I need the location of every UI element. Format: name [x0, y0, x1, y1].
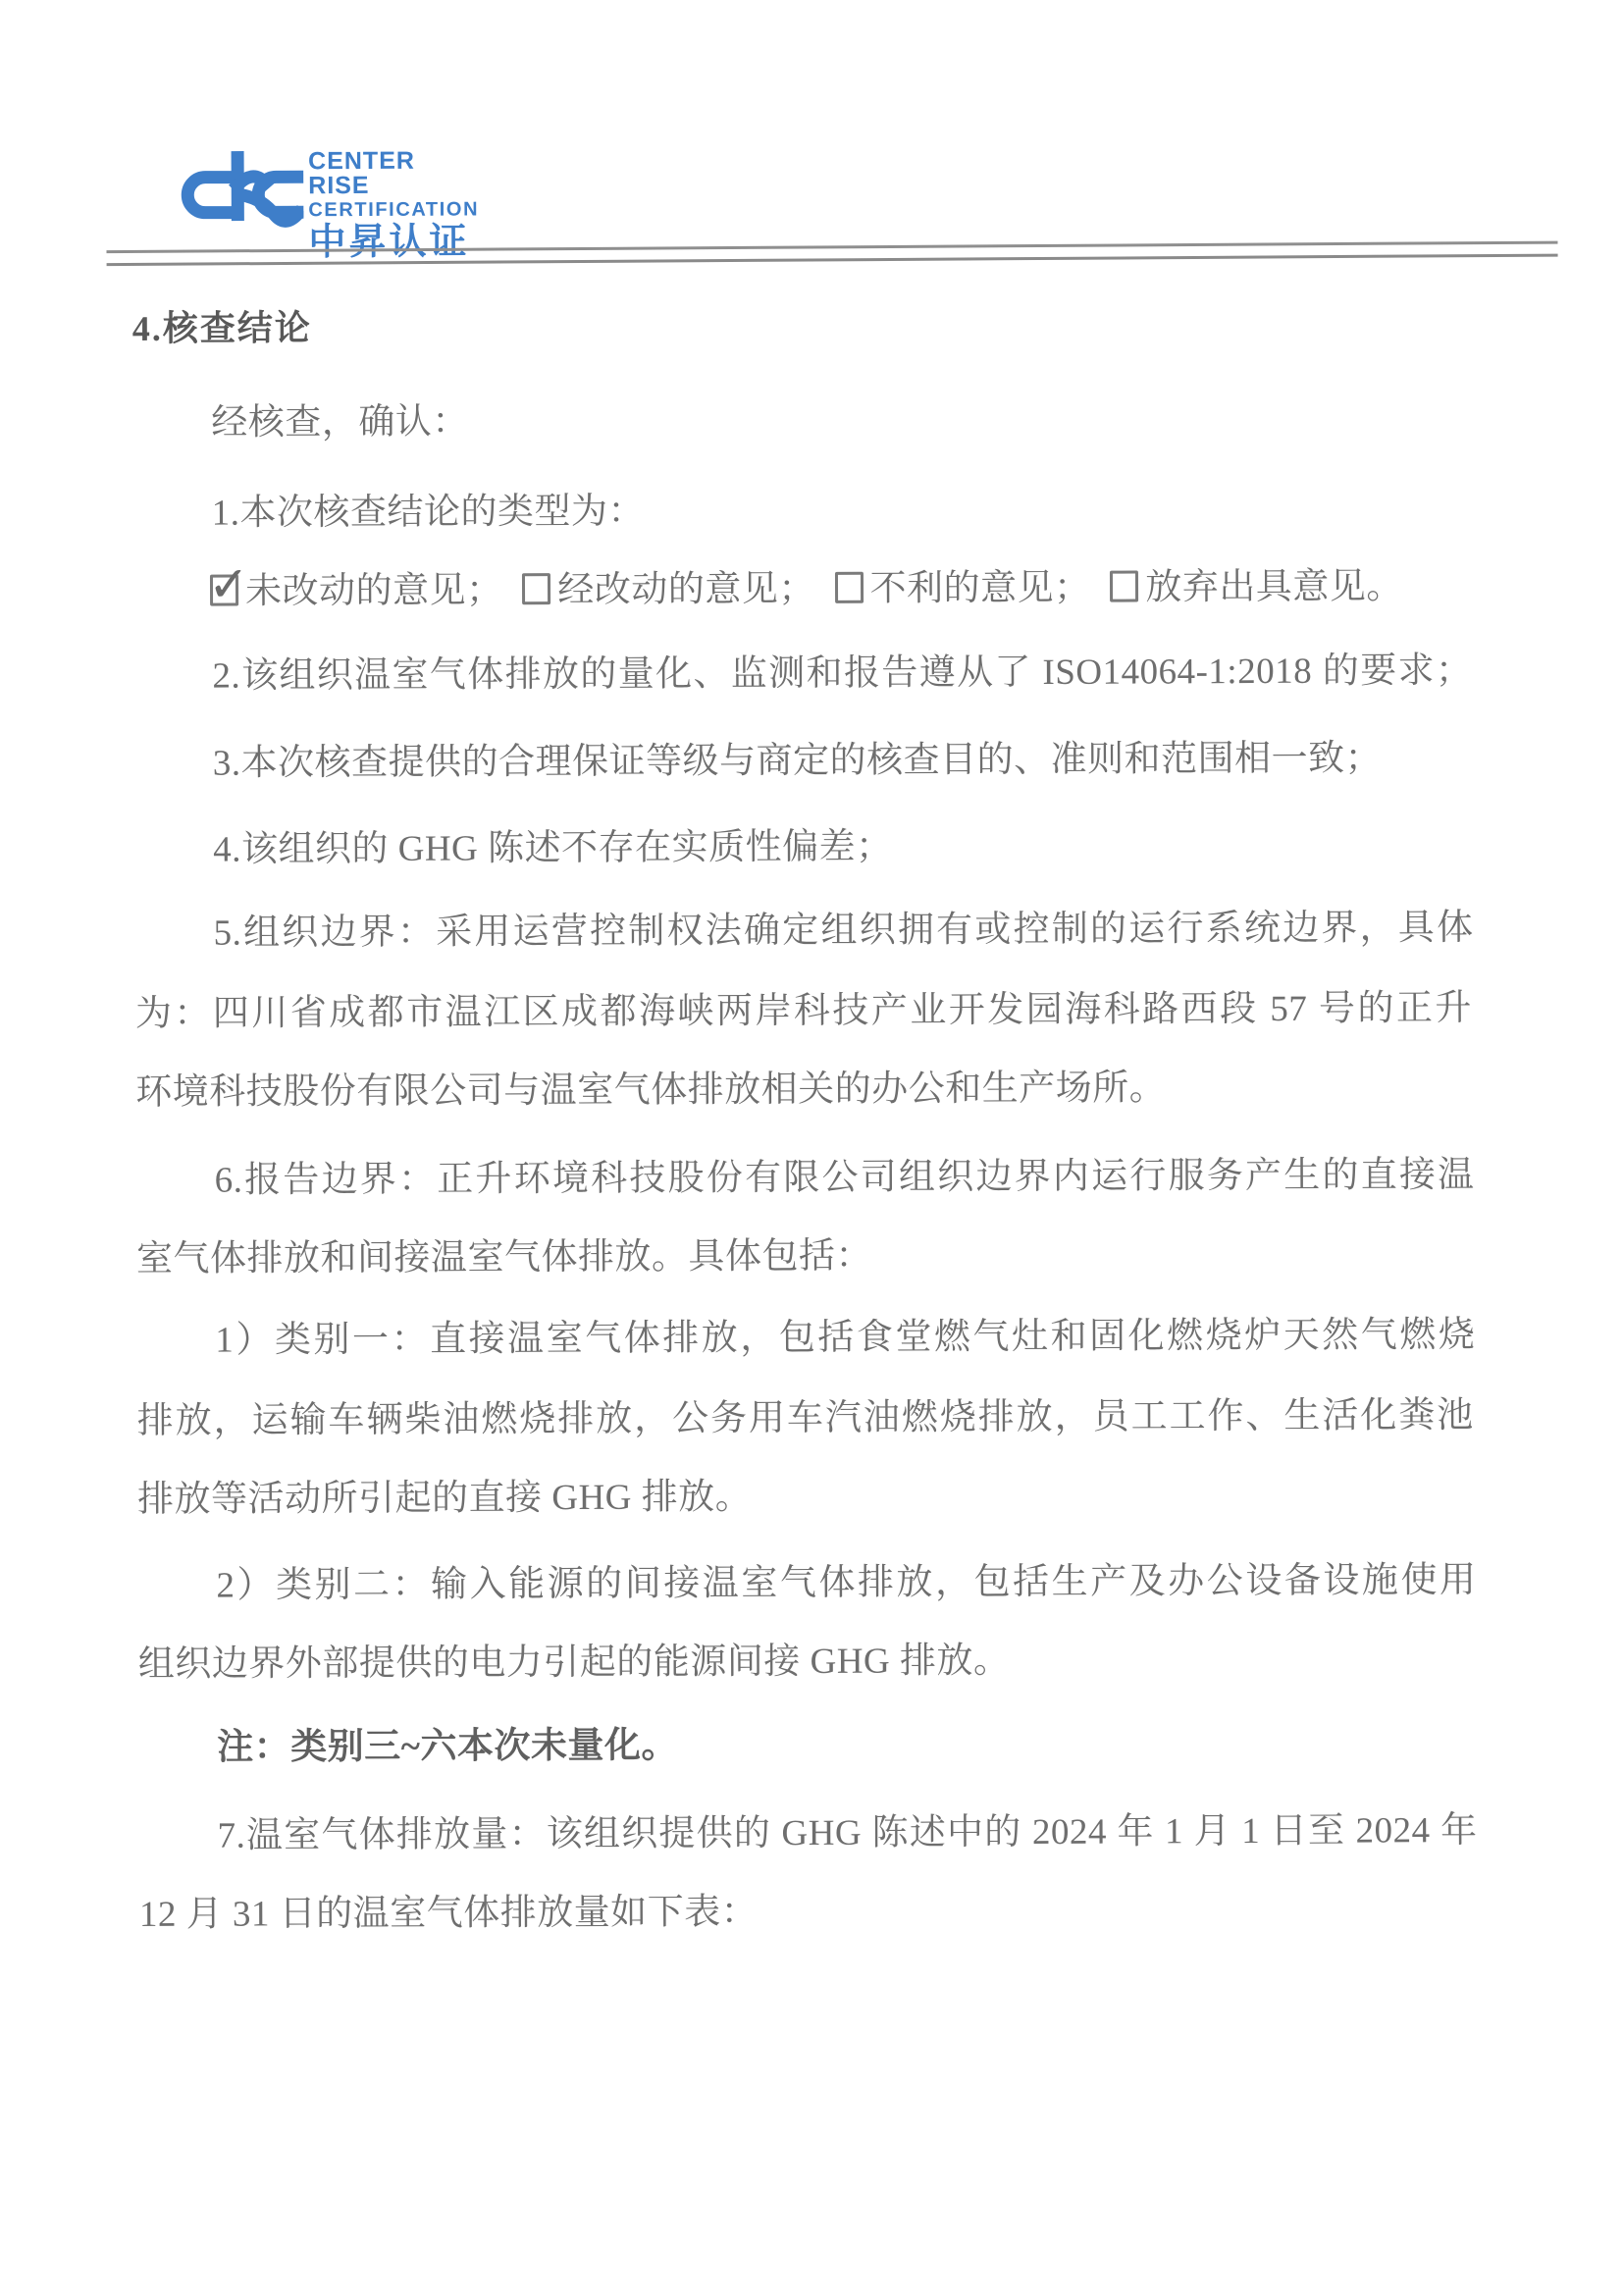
doc-line-item5: 5.组织边界：采用运营控制权法确定组织拥有或控制的运行系统边界，具体: [213, 905, 1473, 958]
doc-line-item7: 7.温室气体排放量：该组织提供的 GHG 陈述中的 2024 年 1 月 1 日…: [217, 1807, 1477, 1860]
doc-line-item5-cont2: 环境科技股份有限公司与温室气体排放相关的办公和生产场所。: [135, 1065, 1166, 1117]
doc-line-cat1-cont2: 排放等活动所引起的直接 GHG 排放。: [137, 1474, 752, 1524]
doc-line-item1: 1.本次核查结论的类型为：: [212, 489, 645, 538]
conclusion-option-3: 不利的意见；: [834, 568, 1090, 609]
conclusion-option-2: 经改动的意见；: [522, 569, 815, 610]
doc-line-item7-cont1: 12 月 31 日的温室气体排放量如下表：: [139, 1889, 758, 1939]
crc-monogram-icon: [176, 149, 303, 240]
doc-line-cat1: 1）类别一：直接温室气体排放，包括食堂燃气灶和固化燃烧炉天然气燃烧: [215, 1312, 1475, 1365]
company-logo: CENTER RISE CERTIFICATION 中昇认证: [176, 145, 470, 244]
section-heading: 4.核查结论: [132, 304, 312, 352]
doc-line-item3: 3.本次核查提供的合理保证等级与商定的核查目的、准则和范围相一致；: [213, 735, 1382, 787]
doc-line-item4: 4.该组织的 GHG 陈述不存在实质性偏差；: [213, 824, 893, 874]
doc-line-item6-cont1: 室气体排放和间接温室气体排放。具体包括：: [136, 1233, 872, 1283]
conclusion-option-label: 经改动的意见；: [557, 569, 815, 610]
checkbox-icon: [1110, 571, 1138, 602]
conclusion-option-1: 未改动的意见；: [210, 570, 503, 611]
conclusion-option-label: 未改动的意见；: [245, 570, 503, 611]
checkbox-icon: [210, 575, 238, 606]
checkbox-icon: [834, 572, 863, 603]
doc-line-cat1-cont1: 排放，运输车辆柴油燃烧排放，公务用车汽油燃烧排放，员工工作、生活化粪池: [137, 1392, 1474, 1445]
conclusion-option-label: 放弃出具意见。: [1145, 566, 1403, 607]
logo-text-en2: CERTIFICATION: [308, 199, 479, 220]
doc-line-intro: 经核查，确认：: [211, 399, 469, 447]
doc-line-item6: 6.报告边界：正升环境科技股份有限公司组织边界内运行服务产生的直接温: [215, 1152, 1475, 1205]
doc-line-cat2: 2）类别二：输入能源的间接温室气体排放，包括生产及办公设备设施使用: [216, 1557, 1476, 1610]
logo-text: CENTER RISE CERTIFICATION 中昇认证: [308, 148, 479, 261]
conclusion-option-label: 不利的意见；: [869, 568, 1090, 609]
conclusion-options-line: 未改动的意见； 经改动的意见； 不利的意见； 放弃出具意见。: [210, 563, 1413, 615]
doc-line-item5-cont1: 为：四川省成都市温江区成都海峡两岸科技产业开发园海科路西段 57 号的正升: [135, 985, 1472, 1038]
logo-text-en1: CENTER RISE: [308, 148, 479, 198]
doc-line-item2: 2.该组织温室气体排放的量化、监测和报告遵从了 ISO14064-1:2018 …: [212, 648, 1472, 701]
scanned-document-page: CENTER RISE CERTIFICATION 中昇认证 4.核查结论 经核…: [0, 0, 1623, 2296]
doc-line-cat2-cont1: 组织边界外部提供的电力引起的能源间接 GHG 排放。: [138, 1638, 1011, 1689]
doc-line-note: 注：类别三~六本次未量化。: [217, 1723, 678, 1772]
conclusion-option-4: 放弃出具意见。: [1110, 566, 1403, 607]
checkbox-icon: [522, 573, 550, 604]
